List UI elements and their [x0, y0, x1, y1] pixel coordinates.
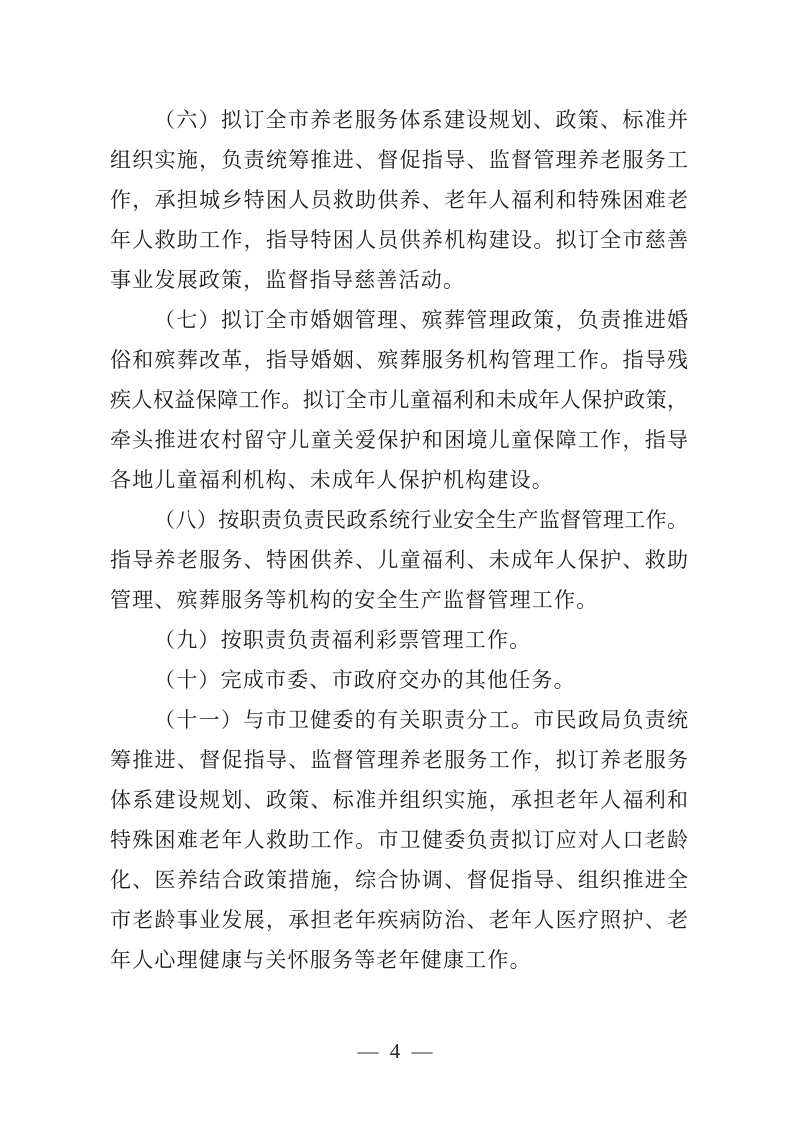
paragraph-item-7: （七）拟订全市婚姻管理、殡葬管理政策，负责推进婚 俗和殡葬改革，指导婚姻、殡葬服…: [110, 300, 688, 500]
paragraph-item-6: （六）拟订全市养老服务体系建设规划、政策、标准并 组织实施，负责统筹推进、督促指…: [110, 100, 688, 300]
paragraph-item-11: （十一）与市卫健委的有关职责分工。市民政局负责统 筹推进、督促指导、监督管理养老…: [110, 700, 688, 980]
text-line: 作，承担城乡特困人员救助供养、老年人福利和特殊困难老: [110, 180, 688, 220]
paragraph-item-10: （十）完成市委、市政府交办的其他任务。: [110, 660, 688, 700]
text-line: 各地儿童福利机构、未成年人保护机构建设。: [110, 460, 688, 500]
text-line: 疾人权益保障工作。拟订全市儿童福利和未成年人保护政策，: [110, 380, 688, 420]
text-line: 管理、殡葬服务等机构的安全生产监督管理工作。: [110, 580, 688, 620]
text-line: （八）按职责负责民政系统行业安全生产监督管理工作。: [110, 500, 688, 540]
text-line: （七）拟订全市婚姻管理、殡葬管理政策，负责推进婚: [110, 300, 688, 340]
text-line: （十）完成市委、市政府交办的其他任务。: [110, 660, 688, 700]
text-line: （六）拟订全市养老服务体系建设规划、政策、标准并: [110, 100, 688, 140]
document-page: （六）拟订全市养老服务体系建设规划、政策、标准并 组织实施，负责统筹推进、督促指…: [0, 0, 793, 1122]
text-line: 体系建设规划、政策、标准并组织实施，承担老年人福利和: [110, 780, 688, 820]
page-footer: — 4 —: [0, 1038, 793, 1064]
paragraph-item-8: （八）按职责负责民政系统行业安全生产监督管理工作。 指导养老服务、特困供养、儿童…: [110, 500, 688, 620]
text-line: （十一）与市卫健委的有关职责分工。市民政局负责统: [110, 700, 688, 740]
document-body: （六）拟订全市养老服务体系建设规划、政策、标准并 组织实施，负责统筹推进、督促指…: [110, 100, 688, 980]
paragraph-item-9: （九）按职责负责福利彩票管理工作。: [110, 620, 688, 660]
text-line: 事业发展政策，监督指导慈善活动。: [110, 260, 688, 300]
text-line: 化、医养结合政策措施，综合协调、督促指导、组织推进全: [110, 860, 688, 900]
page-number: — 4 —: [358, 1039, 436, 1063]
text-line: 牵头推进农村留守儿童关爱保护和困境儿童保障工作，指导: [110, 420, 688, 460]
text-line: 筹推进、督促指导、监督管理养老服务工作，拟订养老服务: [110, 740, 688, 780]
text-line: 俗和殡葬改革，指导婚姻、殡葬服务机构管理工作。指导残: [110, 340, 688, 380]
text-line: 指导养老服务、特困供养、儿童福利、未成年人保护、救助: [110, 540, 688, 580]
text-line: 组织实施，负责统筹推进、督促指导、监督管理养老服务工: [110, 140, 688, 180]
text-line: 市老龄事业发展，承担老年疾病防治、老年人医疗照护、老: [110, 900, 688, 940]
text-line: 特殊困难老年人救助工作。市卫健委负责拟订应对人口老龄: [110, 820, 688, 860]
text-line: 年人心理健康与关怀服务等老年健康工作。: [110, 940, 688, 980]
text-line: 年人救助工作，指导特困人员供养机构建设。拟订全市慈善: [110, 220, 688, 260]
text-line: （九）按职责负责福利彩票管理工作。: [110, 620, 688, 660]
